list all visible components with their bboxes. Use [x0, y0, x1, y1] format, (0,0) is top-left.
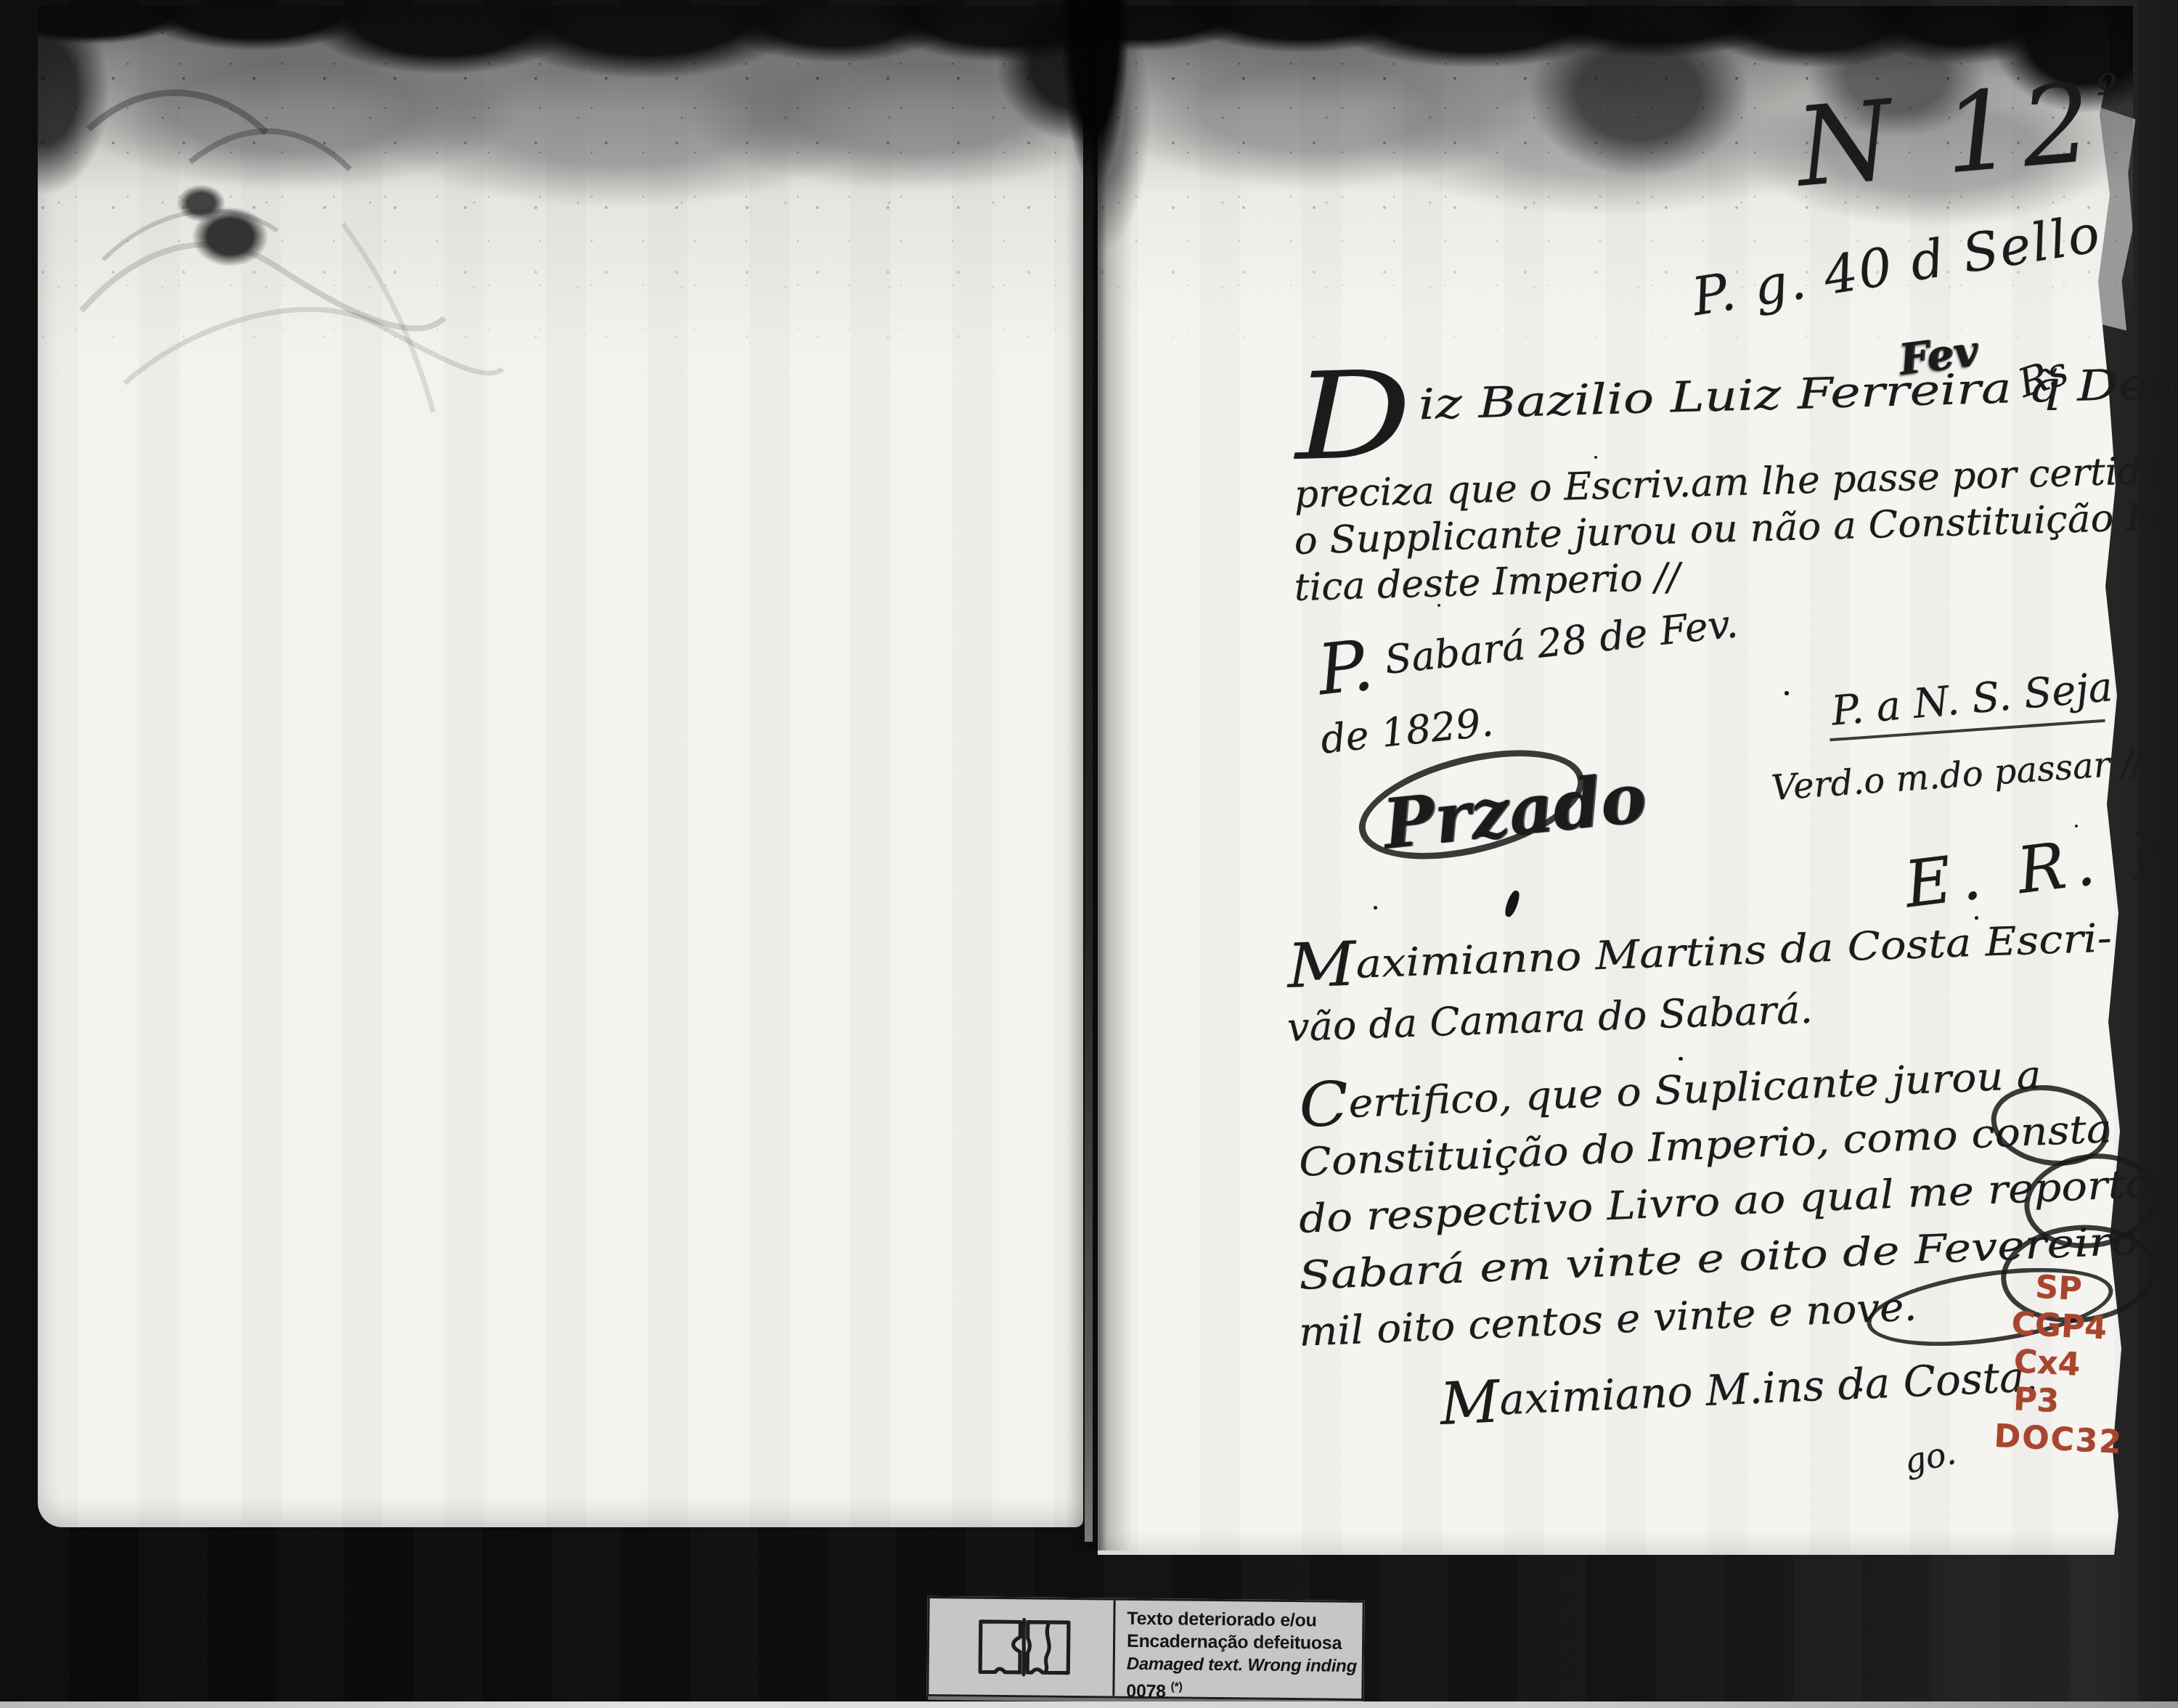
- shelfmark-line: SP: [2034, 1269, 2132, 1312]
- archival-shelfmark-annotations: SP CGP4 Cx4 P3 DOC32: [2004, 1267, 2132, 1462]
- label-text-block: Texto deteriorado e/ou Encadernação defe…: [1126, 1608, 1359, 1705]
- shelfmark-line: DOC32: [1993, 1418, 2124, 1462]
- label-line-en: Damaged text. Wrong inding: [1127, 1653, 1359, 1678]
- archival-photo: N 12º P. g. 40 d Sello Fev Rs Diz Bazili…: [0, 0, 2178, 1708]
- frame-number-note: (*): [1170, 1680, 1182, 1693]
- faint-scrawls-left-page: [38, 6, 1083, 1527]
- damaged-open-book-icon: [966, 1611, 1088, 1683]
- frame-number: 0078: [1126, 1681, 1166, 1702]
- shelfmark-line: CGP4: [2010, 1305, 2129, 1349]
- document-number: N 12: [1792, 60, 2105, 212]
- label-divider: [1112, 1601, 1115, 1696]
- document-number-suffix: º: [2095, 63, 2120, 118]
- shelfmark-line: P3: [2012, 1381, 2126, 1424]
- shelfmark-line: Cx4: [2013, 1343, 2128, 1386]
- gutter-top-shadow: [1051, 0, 1138, 283]
- scanner-bottom-strip: [0, 1701, 2178, 1708]
- archive-condition-label: Texto deteriorado e/ou Encadernação defe…: [926, 1596, 1364, 1701]
- label-line-pt-2: Encadernação defeituosa: [1127, 1630, 1359, 1655]
- label-line-pt-1: Texto deteriorado e/ou: [1127, 1608, 1359, 1633]
- label-number-line: 0078 (*): [1126, 1675, 1358, 1705]
